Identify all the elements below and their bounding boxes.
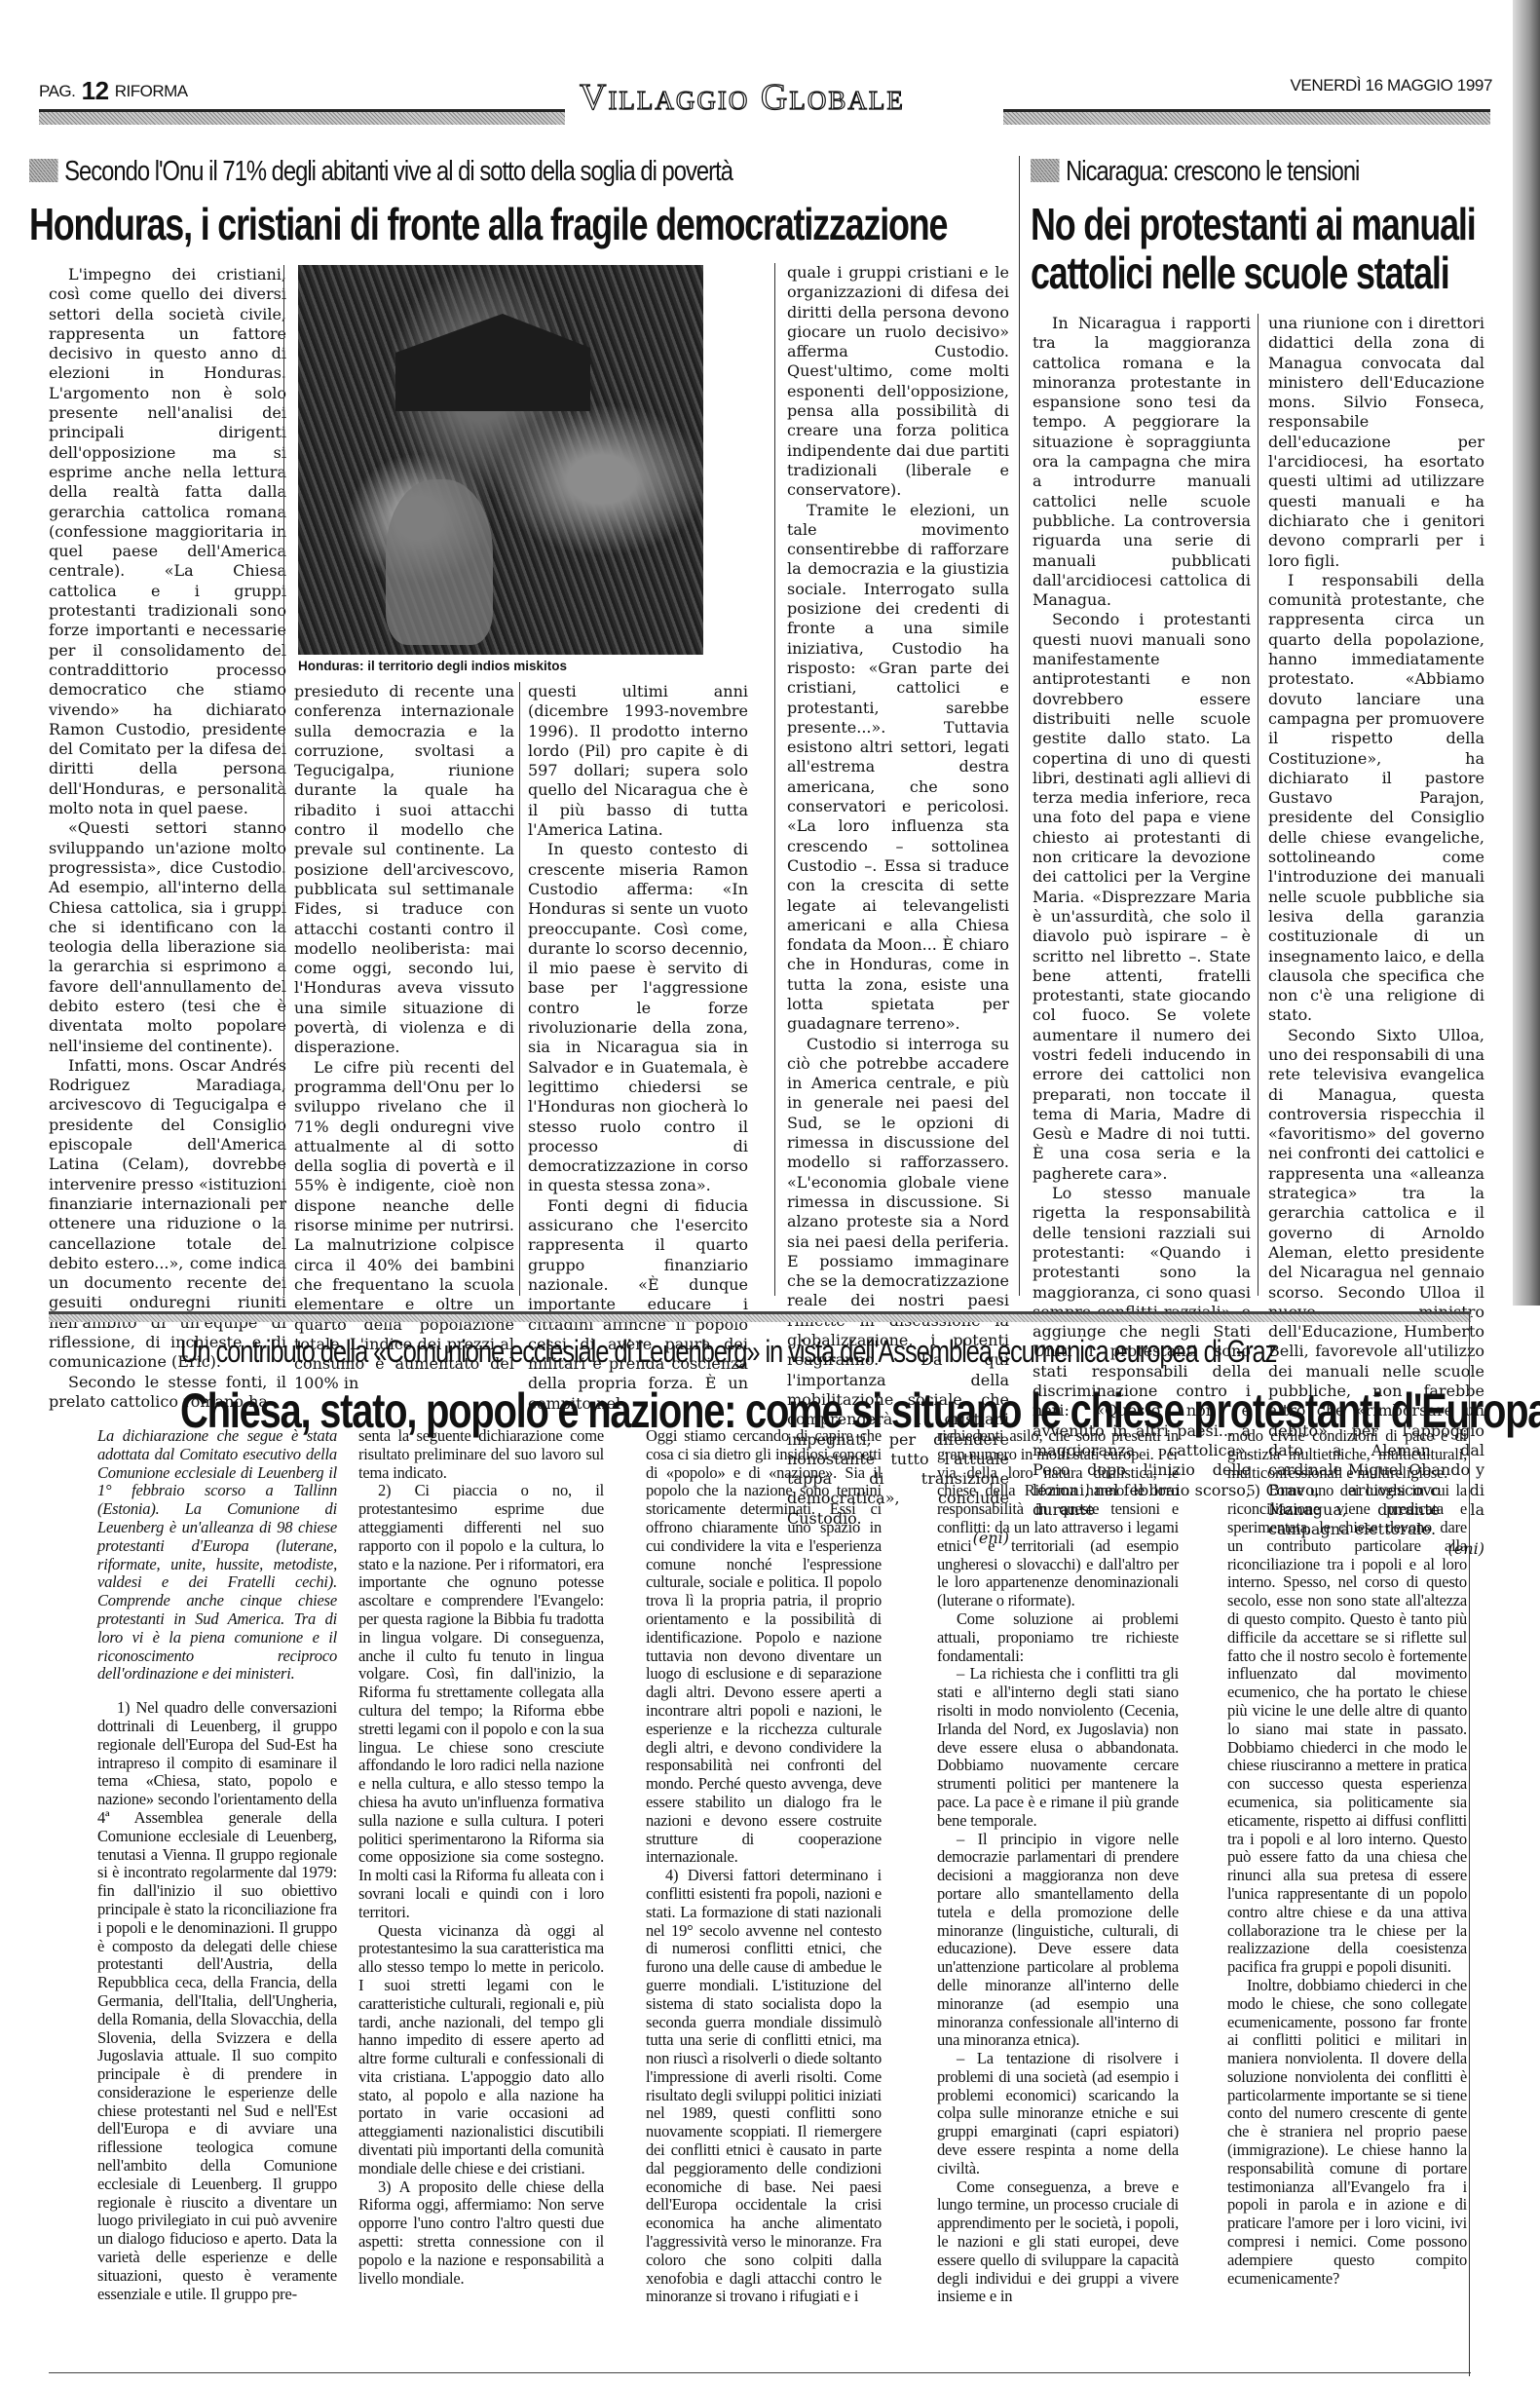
leuenberg-col-4: richiedenti asilo, che sono presenti in … — [937, 1427, 1179, 2306]
honduras-headline: Honduras, i cristiani di fronte alla fra… — [29, 201, 947, 249]
leuenberg-col-3: Oggi stiamo cercando di capire che cosa … — [646, 1427, 882, 2306]
paragraph: una riunione con i direttori didattici d… — [1268, 314, 1484, 571]
headline-line-2: cattolici nelle scuole statali — [1031, 249, 1476, 298]
leuenberg-col-1: La dichiarazione che segue è stata adott… — [97, 1427, 337, 2303]
paragraph: richiedenti asilo, che sono presenti in … — [937, 1427, 1179, 1610]
paragraph: Questa vicinanza dà oggi al protestantes… — [358, 1922, 604, 2178]
box-top-rule — [49, 1314, 1471, 1322]
page-number: 12 — [82, 76, 109, 105]
leuenberg-col-5: modo civile condizioni di pace e di gius… — [1227, 1427, 1467, 2288]
column-divider — [519, 682, 520, 1296]
kicker-square-icon — [1031, 159, 1060, 182]
headline-line-1: No dei protestanti ai manuali — [1031, 201, 1476, 249]
paragraph: presieduto di recente una conferenza int… — [294, 682, 514, 1058]
paragraph: Oggi stiamo cercando di capire che cosa … — [646, 1427, 882, 1867]
column-divider — [1258, 314, 1258, 1296]
masthead: PAG. 12 RIFORMA Villaggio Globale VENERD… — [39, 68, 1481, 127]
intro-paragraph: La dichiarazione che segue è stata adott… — [97, 1427, 337, 1684]
paragraph: Come soluzione ai problemi attuali, prop… — [937, 1610, 1179, 1665]
paragraph: – La richiesta che i conflitti tra gli s… — [937, 1665, 1179, 1830]
column-divider — [283, 265, 284, 1296]
paragraph: 4) Diversi fattori determinano i conflit… — [646, 1867, 882, 2306]
paragraph: Come conseguenza, a breve e lungo termin… — [937, 2178, 1179, 2307]
paragraph: I responsabili della comunità protestant… — [1268, 571, 1484, 1026]
honduras-photo — [298, 265, 703, 655]
honduras-col-1: L'impegno dei cristiani, così come quell… — [49, 265, 286, 1412]
honduras-col-2: presieduto di recente una conferenza int… — [294, 682, 514, 1394]
masthead-rule-right — [1003, 109, 1490, 125]
page-label: PAG. 12 RIFORMA — [39, 76, 188, 106]
honduras-col-3: questi ultimi anni (dicembre 1993-novemb… — [528, 682, 748, 1414]
kicker-text: Nicaragua: crescono le tensioni — [1066, 156, 1359, 187]
kicker-text: Secondo l'Onu il 71% degli abitanti vive… — [64, 156, 732, 187]
paragraph: Inoltre, dobbiamo chiederci in che modo … — [1227, 1977, 1467, 2289]
photo-hut-shape — [395, 314, 590, 411]
paragraph: In questo contesto di crescente miseria … — [528, 840, 748, 1195]
leuenberg-col-2: senta la seguente dichiarazione come ris… — [358, 1427, 604, 2288]
paragraph: Secondo i protestanti questi nuovi manua… — [1033, 610, 1251, 1184]
paragraph: Tramite le elezioni, un tale movimento c… — [787, 501, 1009, 1035]
leuenberg-feature-box: Un contributo della «Comunione ecclesial… — [49, 1311, 1471, 2373]
leuenberg-kicker: Un contributo della «Comunione ecclesial… — [180, 1334, 1276, 1370]
paragraph: In Nicaragua i rapporti tra la maggioran… — [1033, 314, 1251, 610]
paragraph: – Il principio in vigore nelle democrazi… — [937, 1831, 1179, 2051]
photo-caption: Honduras: il territorio degli indios mis… — [298, 659, 567, 673]
page-prefix: PAG. — [39, 82, 75, 100]
paragraph: 1) Nel quadro delle conversazioni dottri… — [97, 1699, 337, 2303]
page-fold-shadow — [1513, 0, 1540, 1306]
nicaragua-kicker: Nicaragua: crescono le tensioni — [1031, 156, 1359, 188]
paragraph: questi ultimi anni (dicembre 1993-novemb… — [528, 682, 748, 840]
honduras-kicker: Secondo l'Onu il 71% degli abitanti vive… — [29, 156, 732, 188]
paragraph: «Questi settori stanno sviluppando un'az… — [49, 818, 286, 1056]
issue-date: VENERDÌ 16 MAGGIO 1997 — [1290, 76, 1492, 95]
nicaragua-headline: No dei protestanti ai manuali cattolici … — [1031, 201, 1476, 297]
box-right-border — [1469, 1314, 1470, 2376]
section-title: Villaggio Globale — [580, 76, 905, 119]
kicker-square-icon — [29, 159, 58, 182]
column-divider — [774, 263, 775, 1296]
paragraph: 2) Ci piaccia o no, il protestantesimo e… — [358, 1482, 604, 1921]
paragraph: 3) A proposito delle chiese della Riform… — [358, 2178, 604, 2289]
paragraph: L'impegno dei cristiani, così come quell… — [49, 265, 286, 818]
paragraph: quale i gruppi cristiani e le organizzaz… — [787, 263, 1009, 501]
paragraph: – La tentazione di risolvere i problemi … — [937, 2050, 1179, 2178]
article-divider — [1019, 156, 1020, 1296]
paragraph: 5) Come uno dei luoghi in cui la riconci… — [1227, 1482, 1467, 1977]
paragraph: senta la seguente dichiarazione come ris… — [358, 1427, 604, 1482]
photo-figure-shape — [386, 479, 493, 645]
publication-name: RIFORMA — [115, 82, 188, 100]
masthead-rule-left — [39, 109, 565, 125]
paragraph: modo civile condizioni di pace e di gius… — [1227, 1427, 1467, 1482]
